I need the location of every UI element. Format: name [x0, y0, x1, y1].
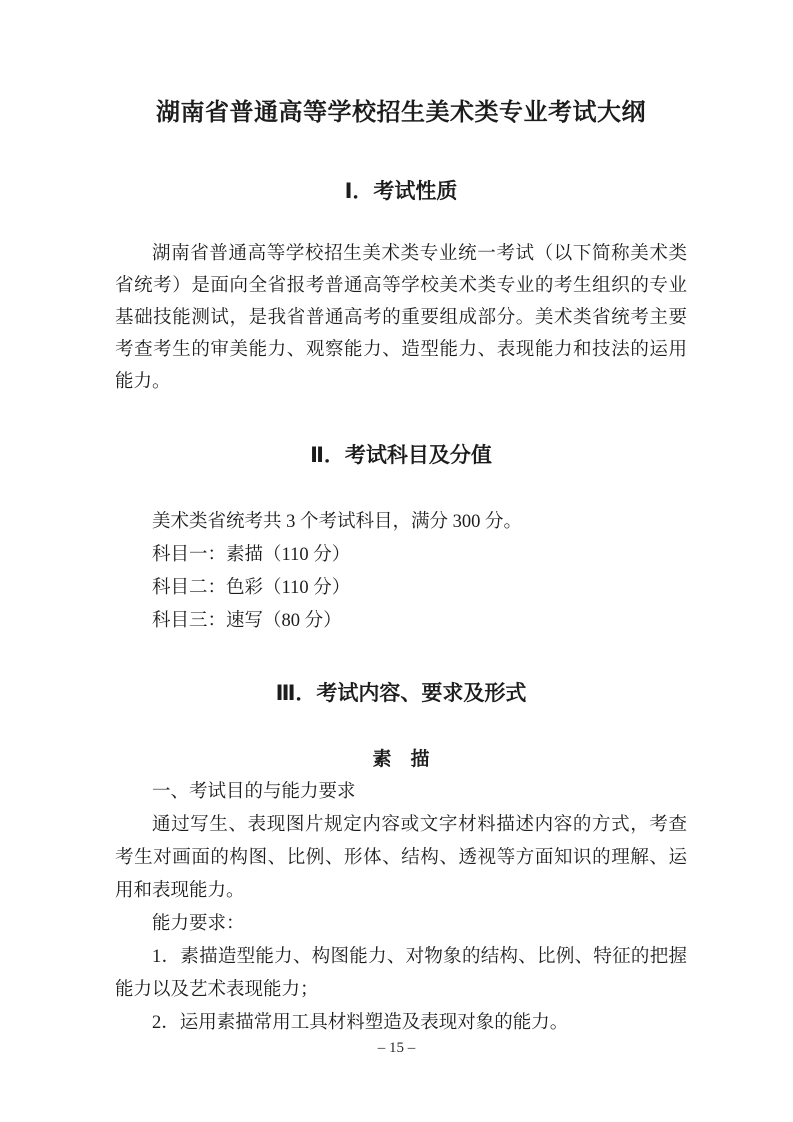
- subject-3-line: 科目三：速写（80 分）: [115, 605, 687, 638]
- sketch-purpose-heading-line: 一、考试目的与能力要求: [115, 776, 687, 809]
- page-number: – 15 –: [0, 1038, 793, 1058]
- subject-1-line: 科目一：素描（110 分）: [115, 539, 687, 572]
- subject-2-line: 科目二：色彩（110 分）: [115, 572, 687, 605]
- section-1-paragraph: 湖南省普通高等学校招生美术类专业统一考试（以下简称美术类省统考）是面向全省报考普…: [115, 238, 687, 398]
- document-page: 湖南省普通高等学校招生美术类专业考试大纲 Ⅰ．考试性质 湖南省普通高等学校招生美…: [0, 0, 793, 1122]
- exam-subjects-block: 美术类省统考共 3 个考试科目，满分 300 分。 科目一：素描（110 分） …: [115, 506, 687, 638]
- section-1-heading: Ⅰ．考试性质: [115, 177, 687, 207]
- ability-item-1: 1．素描造型能力、构图能力、对物象的结构、比例、特征的把握能力以及艺术表现能力；: [115, 941, 687, 1007]
- sketch-purpose-paragraph: 通过写生、表现图片规定内容或文字材料描述内容的方式，考查考生对画面的构图、比例、…: [115, 809, 687, 908]
- section-3-heading: Ⅲ．考试内容、要求及形式: [115, 679, 687, 709]
- sketch-content-block: 一、考试目的与能力要求 通过写生、表现图片规定内容或文字材料描述内容的方式，考查…: [115, 776, 687, 1040]
- section-2-heading: Ⅱ．考试科目及分值: [115, 441, 687, 471]
- ability-requirements-label: 能力要求：: [115, 908, 687, 941]
- document-title: 湖南省普通高等学校招生美术类专业考试大纲: [115, 98, 687, 128]
- ability-item-2: 2．运用素描常用工具材料塑造及表现对象的能力。: [115, 1007, 687, 1040]
- sketch-subheading: 素 描: [115, 746, 687, 774]
- subjects-total-line: 美术类省统考共 3 个考试科目，满分 300 分。: [115, 506, 687, 539]
